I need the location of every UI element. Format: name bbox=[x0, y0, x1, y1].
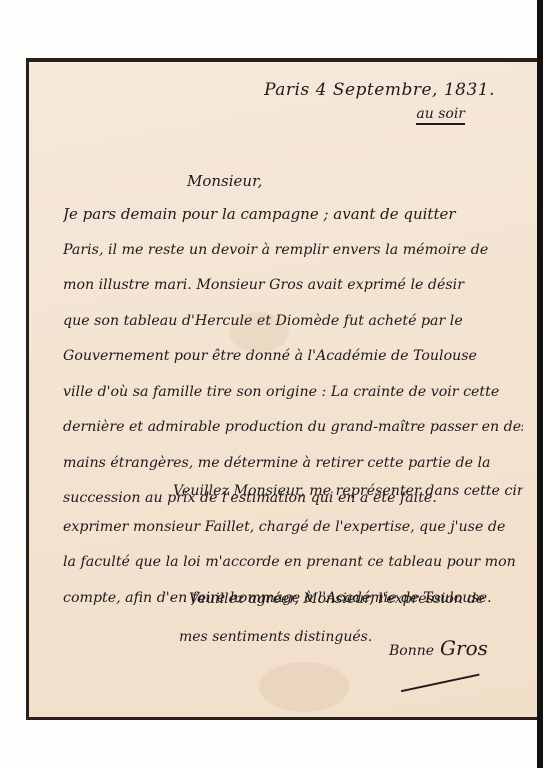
text-line: Paris, il me reste un devoir à remplir e… bbox=[63, 233, 523, 269]
text-line: Je pars demain pour la campagne ; avant … bbox=[63, 197, 523, 233]
signature-name: Gros bbox=[440, 636, 488, 660]
letter-sheet: Paris 4 Septembre, 1831. au soir Monsieu… bbox=[26, 58, 537, 720]
paragraph-1: Je pars demain pour la campagne ; avant … bbox=[63, 197, 523, 517]
text-line: Gouvernement pour être donné à l'Académi… bbox=[63, 339, 523, 375]
text-line: dernière et admirable production du gran… bbox=[63, 410, 523, 446]
text-line: mon illustre mari. Monsieur Gros avait e… bbox=[63, 268, 523, 304]
text-line: la faculté que la loi m'accorde en prena… bbox=[63, 545, 523, 581]
signature-title: Bonne bbox=[389, 643, 434, 659]
signature: BonneGros bbox=[389, 636, 488, 660]
text-line: que son tableau d'Hercule et Diomède fut… bbox=[63, 304, 523, 340]
text-line: Veuillez Monsieur, me représenter dans c… bbox=[63, 474, 523, 510]
text-line: ville d'où sa famille tire son origine :… bbox=[63, 375, 523, 411]
salutation: Monsieur, bbox=[187, 172, 262, 190]
text-line: Veuillez agréer, Monsieur, l'expression … bbox=[179, 580, 485, 618]
text-line: exprimer monsieur Faillet, chargé de l'e… bbox=[63, 510, 523, 546]
letter-date: Paris 4 Septembre, 1831. bbox=[264, 80, 495, 100]
scan-edge-bar bbox=[537, 0, 543, 768]
paper-stain bbox=[259, 662, 349, 712]
signature-flourish bbox=[398, 662, 479, 692]
letter-time: au soir bbox=[416, 106, 465, 125]
